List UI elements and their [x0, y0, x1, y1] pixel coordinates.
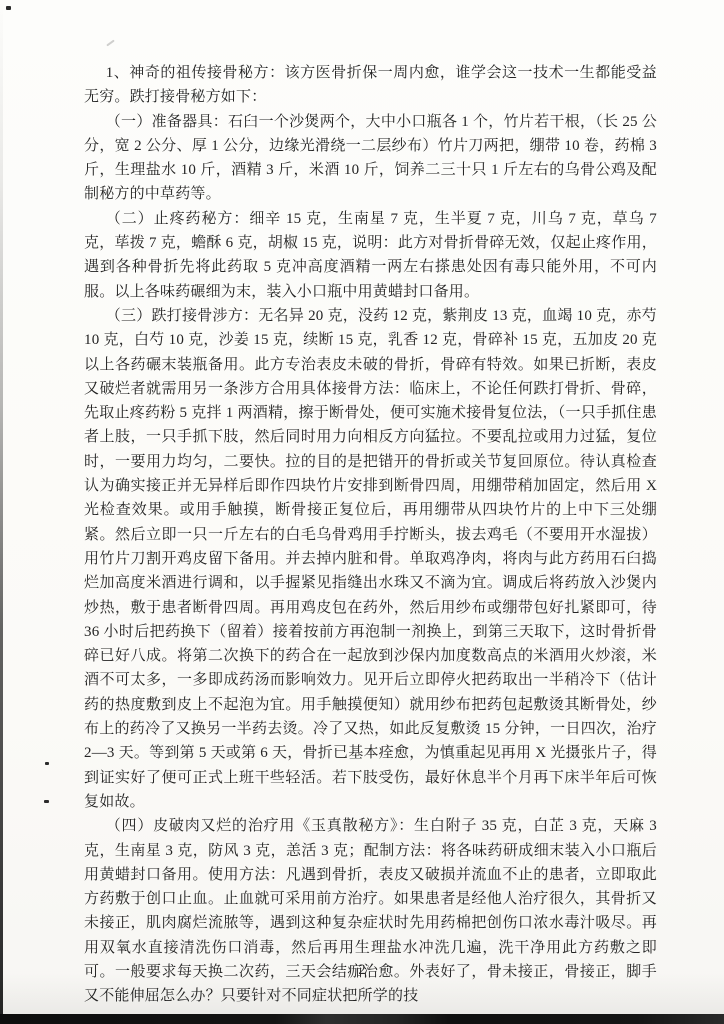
paragraph-section-3-bone-setting-recipe: （三）跌打接骨涉方：无名异 20 克，没药 12 克，紫荆皮 13 克，血竭 1…	[84, 304, 657, 814]
scan-edge-left	[0, 0, 3, 1014]
scan-speck-margin-2	[44, 800, 49, 803]
scanned-document-page: 1、神奇的祖传接骨秘方：该方医骨折保一周内愈，谁学会这一技术一生都能受益无穷。跌…	[0, 0, 724, 1024]
paragraph-section-4-wound-recipe: （四）皮破肉又烂的治疗用《玉真散秘方》：生白附子 35 克，白芷 3 克，天麻 …	[84, 814, 657, 1008]
scan-speck-top-left	[6, 6, 11, 10]
paragraph-section-1-tools: （一）准备器具：石臼一个沙煲两个，大中小口瓶各 1 个，竹片若干根，（长 25 …	[84, 110, 657, 207]
document-body: 1、神奇的祖传接骨秘方：该方医骨折保一周内愈，谁学会这一技术一生都能受益无穷。跌…	[84, 61, 657, 1009]
scan-speck-margin-1	[45, 762, 49, 765]
paragraph-intro: 1、神奇的祖传接骨秘方：该方医骨折保一周内愈，谁学会这一技术一生都能受益无穷。跌…	[84, 61, 657, 110]
scan-smudge	[106, 40, 115, 47]
page-number: 2	[0, 962, 724, 979]
scan-edge-bottom	[0, 1014, 724, 1024]
paragraph-section-2-painkiller-recipe: （二）止疼药秘方：细辛 15 克，生南星 7 克，生半夏 7 克，川乌 7 克，…	[84, 207, 657, 304]
